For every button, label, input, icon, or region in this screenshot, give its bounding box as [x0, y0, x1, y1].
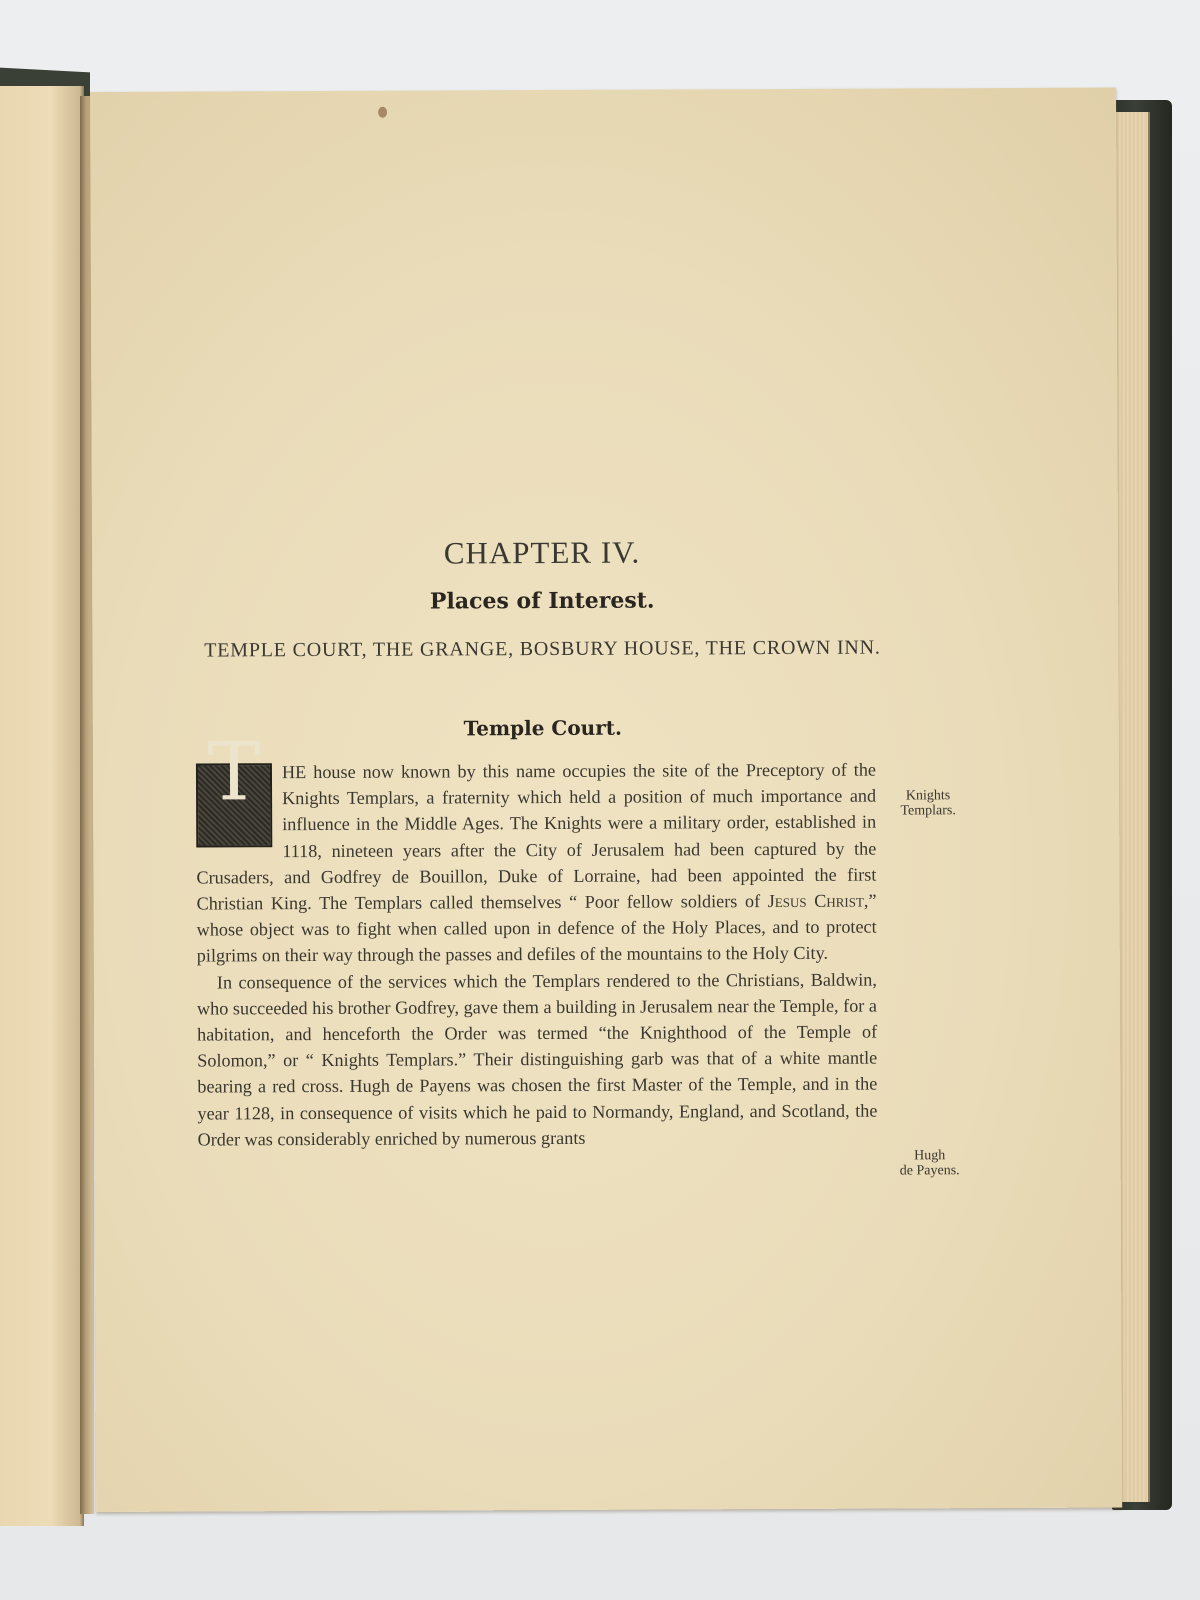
drop-cap-icon: T: [196, 763, 272, 847]
margin-note-hugh-de-payens: Hugh de Payens.: [890, 1148, 970, 1178]
page-content: CHAPTER IV. Places of Interest. TEMPLE C…: [90, 88, 1122, 1512]
chapter-subtitle: Places of Interest.: [92, 586, 992, 616]
places-list: TEMPLE COURT, THE GRANGE, BOSBURY HOUSE,…: [192, 635, 892, 665]
margin-note-knights-templars: Knights Templars.: [888, 788, 968, 818]
left-page: [0, 86, 84, 1526]
chapter-title: CHAPTER IV.: [92, 533, 992, 573]
right-page: CHAPTER IV. Places of Interest. TEMPLE C…: [90, 88, 1122, 1512]
small-caps-text: Jesus Christ,: [768, 891, 869, 911]
paragraph-1: THE house now known by this name occupie…: [196, 757, 877, 970]
body-text: THE house now known by this name occupie…: [196, 757, 878, 1153]
paragraph-2: In consequence of the services which the…: [197, 966, 878, 1152]
